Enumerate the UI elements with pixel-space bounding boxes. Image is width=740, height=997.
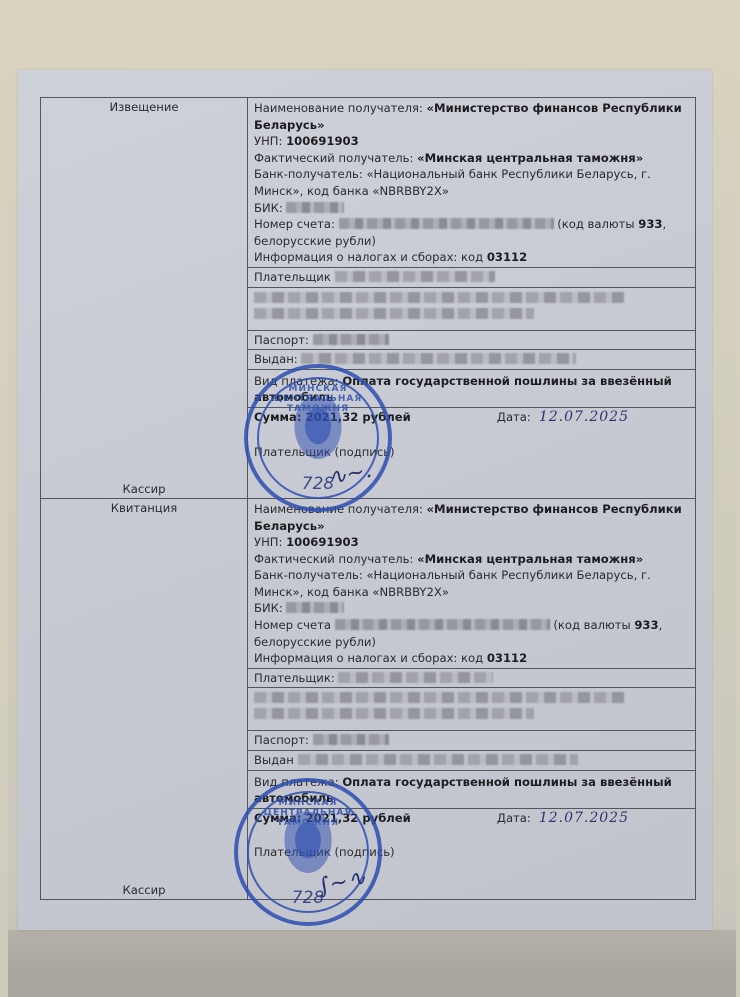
payment-form-table: Извещение Кассир Наименование получателя… — [40, 97, 696, 900]
sum-row: Сумма: 2021,32 рублей Дата:12.07.2025 Пл… — [248, 408, 695, 498]
date: Дата:12.07.2025 — [497, 810, 629, 827]
cashier-label: Кассир — [41, 882, 247, 899]
payer-row: Плательщик: — [248, 669, 695, 689]
redacted-payer — [338, 672, 493, 683]
payment-type-row: Вид платежа: Оплата государственной пошл… — [248, 370, 695, 408]
payer-signature-label: Плательщик (подпись) — [254, 844, 689, 861]
handwritten-date: 12.07.2025 — [539, 409, 629, 425]
redacted-passport — [313, 334, 389, 345]
issued-row: Выдан: — [248, 350, 695, 370]
redacted-address-line-2 — [254, 708, 534, 719]
redacted-account — [335, 619, 550, 630]
recipient-name: Наименование получателя: «Министерство ф… — [254, 100, 689, 133]
actual-recipient: Фактический получатель: «Минская централ… — [254, 150, 689, 167]
passport-row: Паспорт: — [248, 331, 695, 351]
bank-recipient: Банк-получатель: «Национальный банк Респ… — [254, 166, 689, 199]
cashier-label: Кассир — [41, 481, 247, 498]
account-number: Номер счета: (код валюты 933, белорусски… — [254, 216, 689, 249]
payer-row: Плательщик — [248, 268, 695, 288]
receipt-details: Наименование получателя: «Министерство ф… — [248, 498, 696, 899]
redacted-address-line-1 — [254, 692, 624, 703]
payer-signature-label: Плательщик (подпись) — [254, 444, 689, 461]
redacted-issued — [301, 353, 576, 364]
tax-info: Информация о налогах и сборах: код 03112 — [254, 249, 689, 266]
receipt-section: Квитанция Кассир Наименование получателя… — [41, 498, 696, 899]
issued-row: Выдан — [248, 751, 695, 771]
notice-title: Извещение — [41, 98, 247, 116]
payer-address-row — [248, 288, 695, 331]
passport-row: Паспорт: — [248, 731, 695, 751]
sum: Сумма: 2021,32 рублей — [254, 409, 411, 426]
redacted-payer — [335, 271, 495, 282]
bik: БИК: — [254, 600, 689, 617]
sum-row: Сумма: 2021,32 рублей Дата:12.07.2025 Пл… — [248, 809, 695, 899]
recipient-block: Наименование получателя: «Министерство ф… — [248, 98, 695, 268]
notice-side-cell: Извещение Кассир — [41, 98, 248, 499]
redacted-bik — [286, 602, 344, 613]
redacted-bik — [286, 202, 344, 213]
handwritten-date: 12.07.2025 — [539, 810, 629, 826]
redacted-account — [339, 218, 554, 229]
payer-address-row — [248, 688, 695, 731]
notice-section: Извещение Кассир Наименование получателя… — [41, 98, 696, 499]
tax-info: Информация о налогах и сборах: код 03112 — [254, 650, 689, 667]
recipient-block: Наименование получателя: «Министерство ф… — [248, 499, 695, 669]
receipt-side-cell: Квитанция Кассир — [41, 498, 248, 899]
receipt-title: Квитанция — [41, 499, 247, 517]
redacted-passport — [313, 734, 389, 745]
date: Дата:12.07.2025 — [497, 409, 629, 426]
payment-type-row: Вид платежа: Оплата государственной пошл… — [248, 771, 695, 809]
account-number: Номер счета (код валюты 933, белорусские… — [254, 617, 689, 650]
recipient-name: Наименование получателя: «Министерство ф… — [254, 501, 689, 534]
actual-recipient: Фактический получатель: «Минская централ… — [254, 551, 689, 568]
redacted-address-line-1 — [254, 292, 624, 303]
notice-details: Наименование получателя: «Министерство ф… — [248, 98, 696, 499]
redacted-address-line-2 — [254, 308, 534, 319]
unp: УНП: 100691903 — [254, 133, 689, 150]
sum: Сумма: 2021,32 рублей — [254, 810, 411, 827]
sleeve-edge — [8, 930, 736, 997]
bik: БИК: — [254, 200, 689, 217]
bank-recipient: Банк-получатель: «Национальный банк Респ… — [254, 567, 689, 600]
payment-form-paper: Извещение Кассир Наименование получателя… — [18, 70, 712, 930]
unp: УНП: 100691903 — [254, 534, 689, 551]
redacted-issued — [298, 754, 578, 765]
